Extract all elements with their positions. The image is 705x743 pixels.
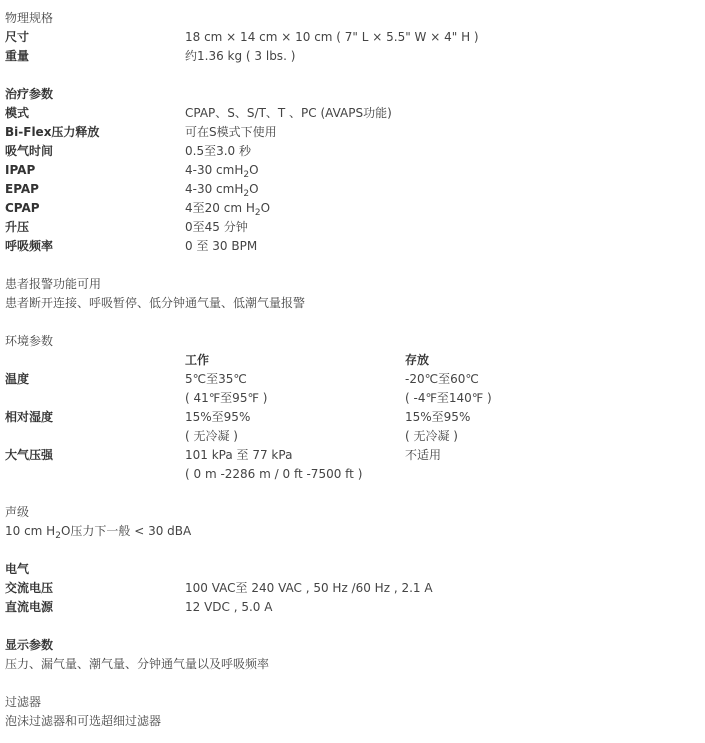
section-heading-environment: 环境参数 [5,332,53,351]
operating-value: 5℃至35℃ [185,370,247,389]
spec-label: EPAP [5,180,39,199]
environment-column-headers: 工作 存放 [5,351,695,370]
spec-value: 0 至 30 BPM [185,237,257,256]
spec-label: 模式 [5,104,29,123]
spec-label: 重量 [5,47,29,66]
spec-value: 100 VAC至 240 VAC , 50 Hz /60 Hz , 2.1 A [185,579,433,598]
spec-row-dc: 直流电源 12 VDC , 5.0 A [5,598,695,617]
display-text: 压力、漏气量、潮气量、分钟通气量以及呼吸频率 [5,655,269,674]
env-row-humidity-note: ( 无冷凝 ) ( 无冷凝 ) [5,427,695,446]
section-heading-display: 显示参数 [5,636,53,655]
spec-value: 约1.36 kg ( 3 lbs. ) [185,47,295,66]
section-heading-electrical: 电气 [5,560,29,579]
spec-row-ac: 交流电压 100 VAC至 240 VAC , 50 Hz /60 Hz , 2… [5,579,695,598]
column-header-storage: 存放 [405,351,429,370]
storage-value: -20℃至60℃ [405,370,479,389]
operating-value: ( 无冷凝 ) [185,427,238,446]
alarms-text: 患者断开连接、呼吸暂停、低分钟通气量、低潮气量报警 [5,294,305,313]
spec-label: 相对湿度 [5,408,53,427]
sound-text: 10 cm H2O压力下一般 < 30 dBA [5,522,191,541]
operating-value: 15%至95% [185,408,250,427]
spec-value: 4至20 cm H2O [185,199,270,218]
spec-row-inspiratory-time: 吸气时间 0.5至3.0 秒 [5,142,695,161]
spec-label: Bi-Flex压力释放 [5,123,99,142]
filter-text: 泡沫过滤器和可选超细过滤器 [5,712,161,731]
section-heading-alarms: 患者报警功能可用 [5,275,101,294]
spec-label: IPAP [5,161,35,180]
spec-value: 0.5至3.0 秒 [185,142,251,161]
spec-row-ramp: 升压 0至45 分钟 [5,218,695,237]
env-row-pressure-altitude: ( 0 m -2286 m / 0 ft -7500 ft ) [5,465,695,484]
env-row-temperature-f: ( 41℉至95℉ ) ( -4℉至140℉ ) [5,389,695,408]
column-header-operating: 工作 [185,351,209,370]
section-heading-sound: 声级 [5,503,29,522]
spec-value: 4-30 cmH2O [185,161,259,180]
section-heading-physical: 物理规格 [5,9,53,28]
spec-value: 0至45 分钟 [185,218,248,237]
section-heading-therapy: 治疗参数 [5,85,53,104]
spec-row-cpap: CPAP 4至20 cm H2O [5,199,695,218]
operating-value: ( 41℉至95℉ ) [185,389,267,408]
storage-value: 不适用 [405,446,441,465]
spec-label: 呼吸频率 [5,237,53,256]
spec-row-biflex: Bi-Flex压力释放 可在S模式下使用 [5,123,695,142]
spec-value: 12 VDC , 5.0 A [185,598,272,617]
spec-value: CPAP、S、S/T、T 、PC (AVAPS功能) [185,104,392,123]
spec-value: 18 cm × 14 cm × 10 cm ( 7" L × 5.5" W × … [185,28,479,47]
spec-row-weight: 重量 约1.36 kg ( 3 lbs. ) [5,47,695,66]
spec-label: 大气压强 [5,446,53,465]
operating-value: ( 0 m -2286 m / 0 ft -7500 ft ) [185,465,362,484]
spec-value: 可在S模式下使用 [185,123,277,142]
spec-label: 升压 [5,218,29,237]
section-heading-filter: 过滤器 [5,693,41,712]
storage-value: ( 无冷凝 ) [405,427,458,446]
spec-row-epap: EPAP 4-30 cmH2O [5,180,695,199]
storage-value: 15%至95% [405,408,470,427]
spec-label: 吸气时间 [5,142,53,161]
spec-value: 4-30 cmH2O [185,180,259,199]
env-row-pressure: 大气压强 101 kPa 至 77 kPa 不适用 [5,446,695,465]
spec-label: 尺寸 [5,28,29,47]
spec-row-mode: 模式 CPAP、S、S/T、T 、PC (AVAPS功能) [5,104,695,123]
spec-label: CPAP [5,199,40,218]
storage-value: ( -4℉至140℉ ) [405,389,492,408]
operating-value: 101 kPa 至 77 kPa [185,446,292,465]
env-row-temperature: 温度 5℃至35℃ -20℃至60℃ [5,370,695,389]
spec-row-dimensions: 尺寸 18 cm × 14 cm × 10 cm ( 7" L × 5.5" W… [5,28,695,47]
spec-label: 直流电源 [5,598,53,617]
spec-label: 温度 [5,370,29,389]
spec-row-breath-rate: 呼吸频率 0 至 30 BPM [5,237,695,256]
spec-row-ipap: IPAP 4-30 cmH2O [5,161,695,180]
spec-label: 交流电压 [5,579,53,598]
env-row-humidity: 相对湿度 15%至95% 15%至95% [5,408,695,427]
